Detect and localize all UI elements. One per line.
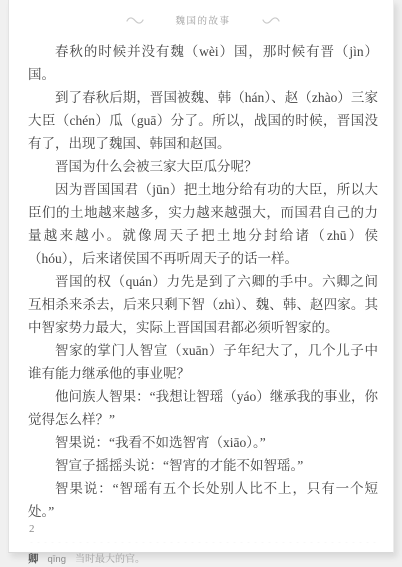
footnote-pinyin: qīng — [48, 554, 67, 565]
paragraph: 智果说：“我看不如选智宵（xiāo）。” — [28, 431, 378, 454]
wave-tilde-icon — [125, 16, 145, 25]
paragraph: 智果说：“智瑶有五个长处别人比不上，只有一个短处。” — [28, 477, 378, 523]
paragraph: 智家的掌门人智宣（xuān）子年纪大了，几个儿子中谁有能力继承他的事业呢？ — [28, 339, 378, 385]
paragraph: 因为晋国国君（jūn）把土地分给有功的大臣，所以大臣们的土地越来越多，实力越来越… — [28, 178, 378, 270]
wave-tilde-icon — [261, 16, 281, 25]
paragraph: 春秋的时候并没有魏（wèi）国，那时候有晋（jìn）国。 — [28, 40, 378, 86]
footnote: 卿 qīng 当时最大的官。 — [28, 550, 378, 566]
footnote-divider-wave — [28, 536, 378, 543]
story-text: 春秋的时候并没有魏（wèi）国，那时候有晋（jìn）国。 到了春秋后期，晋国被魏… — [28, 40, 378, 523]
footnote-definition: 当时最大的官。 — [75, 550, 145, 565]
paragraph: 到了春秋后期，晋国被魏、韩（hán）、赵（zhào）三家大臣（chén）瓜（gu… — [28, 86, 378, 155]
paragraph: 晋国为什么会被三家大臣瓜分呢？ — [28, 155, 378, 178]
footnote-term: 卿 — [28, 551, 39, 566]
paragraph: 他问族人智果：“我想让智瑶（yáo）继承我的事业，你觉得怎么样？” — [28, 385, 378, 431]
page-number: 2 — [29, 523, 35, 535]
paragraph: 晋国的权（quán）力先是到了六卿的手中。六卿之间互相杀来杀去，后来只剩下智（z… — [28, 270, 378, 339]
paragraph: 智宣子摇摇头说：“智宵的才能不如智瑶。” — [28, 454, 378, 477]
chapter-title: 魏国的故事 — [175, 13, 230, 27]
running-head: 魏国的故事 — [28, 13, 378, 27]
book-page: 魏国的故事 春秋的时候并没有魏（wèi）国，那时候有晋（jìn）国。 到了春秋后… — [8, 0, 394, 553]
page-content: 魏国的故事 春秋的时候并没有魏（wèi）国，那时候有晋（jìn）国。 到了春秋后… — [9, 13, 393, 566]
